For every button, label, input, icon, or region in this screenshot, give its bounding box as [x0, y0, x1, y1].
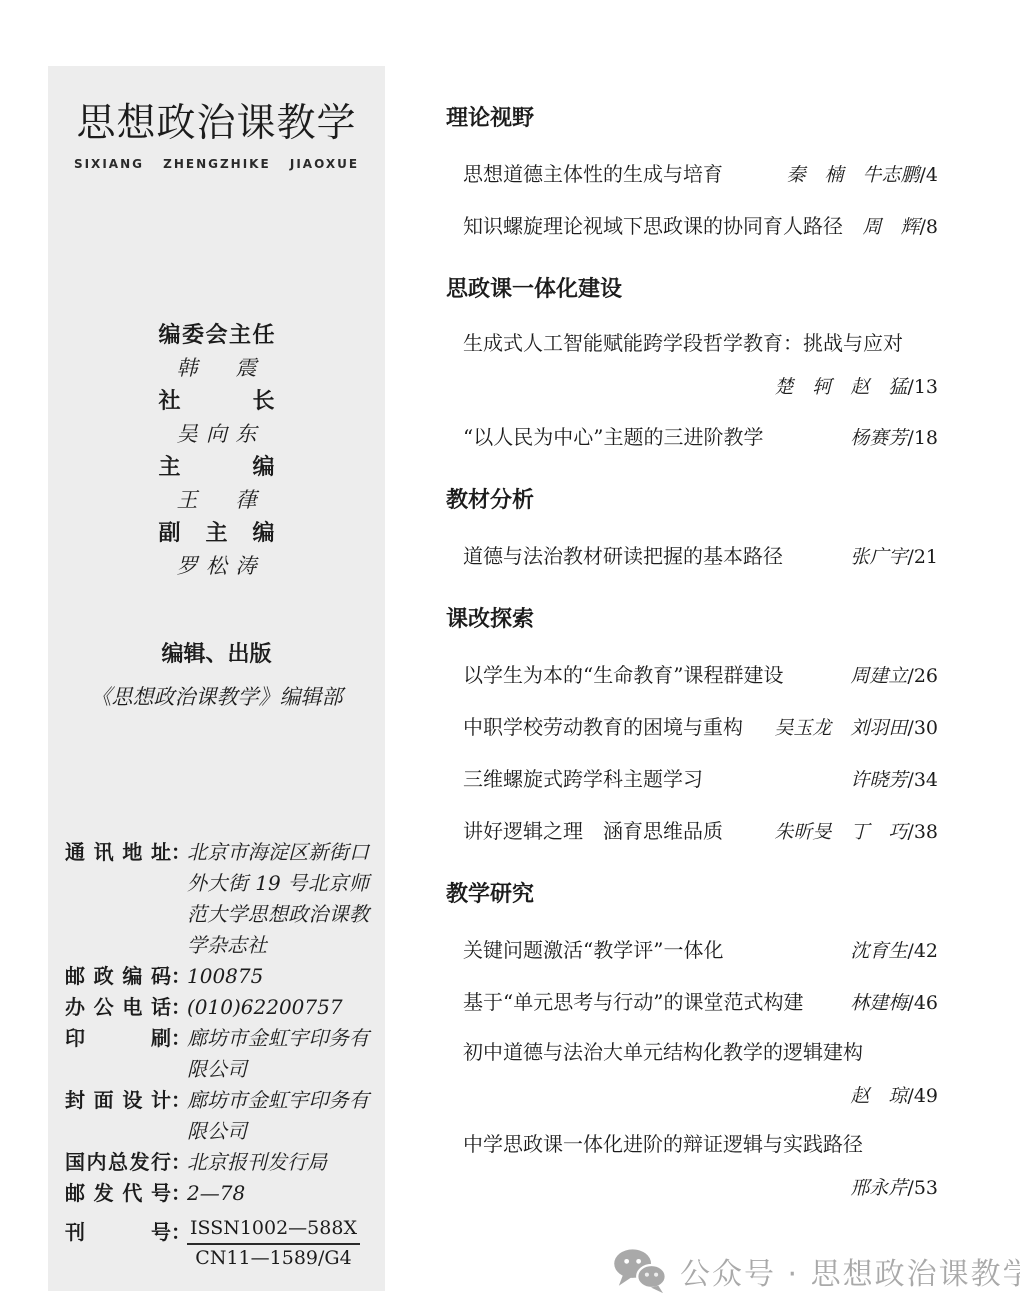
imprint-value: 北京市海淀区新街口外大街 19 号北京师范大学思想政治课教学杂志社 [187, 837, 369, 961]
masthead-role: 副主编 [48, 517, 385, 550]
article-authors: 周建立 [850, 665, 907, 687]
toc-section: 教学研究 关键问题激活“教学评”一体化 沈育生/42 基于“单元思考与行动”的课… [446, 882, 938, 1199]
article-row: 思想道德主体性的生成与培育 秦 楠 牛志鹏/4 [446, 160, 938, 187]
cover-sidebar: 思想政治课教学 SIXIANG ZHENGZHIKE JIAOXUE 编委会主任… [48, 66, 385, 1291]
article-authors: 沈育生 [850, 940, 907, 962]
article-title: 思想道德主体性的生成与培育 [463, 162, 723, 186]
article-meta: 朱昕旻 丁 巧/38 [774, 817, 938, 844]
article-meta: 赵 琼/49 [463, 1086, 938, 1107]
article-page: /26 [907, 665, 938, 687]
publishing-heading: 编辑、出版 [48, 637, 385, 668]
article-title: 关键问题激活“教学评”一体化 [463, 938, 723, 962]
article-title: 生成式人工智能赋能跨学段哲学教育：挑战与应对 [463, 331, 938, 355]
imprint-label: 办公电话 [65, 992, 171, 1023]
article-authors: 邢永芹 [850, 1177, 907, 1199]
masthead-name-label: 韩震 [177, 352, 257, 385]
article-authors: 楚 轲 赵 猛 [774, 376, 907, 398]
masthead-name-label: 王葎 [177, 484, 257, 517]
article-title: 道德与法治教材研读把握的基本路径 [463, 544, 783, 568]
wechat-icon [612, 1248, 668, 1294]
issue-number-row: 刊号：ISSN1002—588XCN11—1589/G4 [65, 1217, 369, 1273]
article-meta: 楚 轲 赵 猛/13 [463, 377, 938, 398]
imprint-row: 通讯地址：北京市海淀区新街口外大街 19 号北京师范大学思想政治课教学杂志社 [65, 837, 369, 961]
masthead-name-label: 罗松涛 [177, 550, 257, 583]
imprint-row: 邮政编码：100875 [65, 961, 369, 992]
masthead-role-label: 编委会主任 [159, 319, 275, 352]
imprint-value: 北京报刊发行局 [187, 1147, 369, 1178]
article-row: 道德与法治教材研读把握的基本路径 张广宇/21 [446, 542, 938, 569]
section-heading: 思政课一体化建设 [446, 277, 938, 303]
imprint-label: 封面设计 [65, 1085, 171, 1116]
article-meta: 吴玉龙 刘羽田/30 [774, 713, 938, 740]
imprint-row: 封面设计：廊坊市金虹宇印务有限公司 [65, 1085, 369, 1147]
masthead: 编委会主任 韩震 社长 吴向东 主编 王葎 副主编 罗松涛 [48, 319, 385, 583]
toc-section: 思政课一体化建设 生成式人工智能赋能跨学段哲学教育：挑战与应对 楚 轲 赵 猛/… [446, 277, 938, 450]
article-row: 中学思政课一体化进阶的辩证逻辑与实践路径 邢永芹/53 [446, 1132, 938, 1199]
article-authors: 周 辉 [862, 216, 919, 238]
article-title: 三维螺旋式跨学科主题学习 [463, 767, 703, 791]
imprint-colon: ： [171, 1023, 187, 1054]
article-row: 生成式人工智能赋能跨学段哲学教育：挑战与应对 楚 轲 赵 猛/13 [446, 331, 938, 398]
imprint-value: 100875 [187, 961, 369, 992]
imprint-colon: ： [171, 1085, 187, 1116]
article-authors: 赵 琼 [850, 1085, 907, 1107]
article-authors: 杨赛芳 [850, 427, 907, 449]
article-authors: 林建梅 [850, 992, 907, 1014]
imprint-value: 2—78 [187, 1178, 369, 1209]
imprint-value: (010)62200757 [187, 992, 369, 1023]
article-title: 中学思政课一体化进阶的辩证逻辑与实践路径 [463, 1132, 938, 1156]
article-title: “以人民为中心”主题的三进阶教学 [463, 425, 763, 449]
article-meta: 秦 楠 牛志鹏/4 [786, 160, 938, 187]
masthead-name-label: 吴向东 [177, 418, 257, 451]
article-page: /8 [920, 216, 939, 238]
article-page: /46 [907, 992, 938, 1014]
article-page: /21 [907, 546, 938, 568]
toc-section: 课改探索 以学生为本的“生命教育”课程群建设 周建立/26 中职学校劳动教育的困… [446, 607, 938, 844]
masthead-name: 罗松涛 [48, 550, 385, 583]
imprint-row: 国内总发行：北京报刊发行局 [65, 1147, 369, 1178]
article-page: /53 [907, 1177, 938, 1199]
article-row: “以人民为中心”主题的三进阶教学 杨赛芳/18 [446, 423, 938, 450]
imprint-colon: ： [171, 992, 187, 1023]
cn-line: CN11—1589/G4 [187, 1245, 360, 1271]
masthead-role: 社长 [48, 385, 385, 418]
masthead-role-label: 主编 [159, 451, 275, 484]
article-page: /30 [907, 717, 938, 739]
imprint-colon: ： [171, 837, 187, 868]
toc-section: 教材分析 道德与法治教材研读把握的基本路径 张广宇/21 [446, 488, 938, 569]
article-row: 讲好逻辑之理 涵育思维品质 朱昕旻 丁 巧/38 [446, 817, 938, 844]
imprint-row: 邮发代号：2—78 [65, 1178, 369, 1209]
section-heading: 教材分析 [446, 488, 938, 514]
issue-number-fraction: ISSN1002—588XCN11—1589/G4 [187, 1217, 360, 1271]
table-of-contents: 理论视野 思想道德主体性的生成与培育 秦 楠 牛志鹏/4 知识螺旋理论视域下思政… [446, 106, 938, 1237]
article-meta: 周 辉/8 [862, 212, 938, 239]
imprint-label: 邮发代号 [65, 1178, 171, 1209]
article-title: 基于“单元思考与行动”的课堂范式构建 [463, 990, 803, 1014]
article-page: /13 [907, 376, 938, 398]
imprint-value: 廊坊市金虹宇印务有限公司 [187, 1085, 369, 1147]
toc-section: 理论视野 思想道德主体性的生成与培育 秦 楠 牛志鹏/4 知识螺旋理论视域下思政… [446, 106, 938, 239]
article-authors: 许晓芳 [850, 769, 907, 791]
masthead-name: 吴向东 [48, 418, 385, 451]
masthead-role-label: 社长 [159, 385, 275, 418]
watermark-text: 公众号 · 思想政治课教学 [680, 1249, 1020, 1293]
article-page: /49 [907, 1085, 938, 1107]
imprint-label: 国内总发行 [65, 1147, 171, 1178]
article-page: /4 [920, 164, 939, 186]
article-page: /18 [907, 427, 938, 449]
article-meta: 杨赛芳/18 [850, 423, 938, 450]
imprint-colon: ： [171, 1147, 187, 1178]
imprint-colon: ： [171, 1217, 187, 1248]
imprint-label: 通讯地址 [65, 837, 171, 868]
article-meta: 林建梅/46 [850, 988, 938, 1015]
article-title: 中职学校劳动教育的困境与重构 [463, 715, 743, 739]
imprint-label: 邮政编码 [65, 961, 171, 992]
article-title: 以学生为本的“生命教育”课程群建设 [463, 663, 783, 687]
article-authors: 朱昕旻 丁 巧 [774, 821, 907, 843]
imprint-block: 通讯地址：北京市海淀区新街口外大街 19 号北京师范大学思想政治课教学杂志社 邮… [48, 837, 385, 1273]
article-row: 关键问题激活“教学评”一体化 沈育生/42 [446, 936, 938, 963]
masthead-role: 主编 [48, 451, 385, 484]
imprint-colon: ： [171, 1178, 187, 1209]
imprint-row: 办公电话：(010)62200757 [65, 992, 369, 1023]
issue-number-value: ISSN1002—588XCN11—1589/G4 [187, 1217, 369, 1273]
masthead-role: 编委会主任 [48, 319, 385, 352]
publishing-block: 编辑、出版 《思想政治课教学》编辑部 [48, 637, 385, 711]
masthead-role-label: 副主编 [159, 517, 275, 550]
masthead-name: 韩震 [48, 352, 385, 385]
article-row: 三维螺旋式跨学科主题学习 许晓芳/34 [446, 765, 938, 792]
article-title: 讲好逻辑之理 涵育思维品质 [463, 819, 723, 843]
issn-line: ISSN1002—588X [187, 1217, 360, 1245]
article-row: 中职学校劳动教育的困境与重构 吴玉龙 刘羽田/30 [446, 713, 938, 740]
article-meta: 沈育生/42 [850, 936, 938, 963]
section-heading: 理论视野 [446, 106, 938, 132]
article-page: /42 [907, 940, 938, 962]
imprint-colon: ： [171, 961, 187, 992]
masthead-name: 王葎 [48, 484, 385, 517]
article-row: 初中道德与法治大单元结构化教学的逻辑建构 赵 琼/49 [446, 1040, 938, 1107]
journal-pinyin: SIXIANG ZHENGZHIKE JIAOXUE [48, 157, 385, 171]
article-title: 知识螺旋理论视域下思政课的协同育人路径 [463, 214, 843, 238]
article-authors: 秦 楠 牛志鹏 [786, 164, 919, 186]
article-authors: 吴玉龙 刘羽田 [774, 717, 907, 739]
article-row: 知识螺旋理论视域下思政课的协同育人路径 周 辉/8 [446, 212, 938, 239]
article-page: /34 [907, 769, 938, 791]
imprint-value: 廊坊市金虹宇印务有限公司 [187, 1023, 369, 1085]
article-authors: 张广宇 [850, 546, 907, 568]
section-heading: 课改探索 [446, 607, 938, 633]
section-heading: 教学研究 [446, 882, 938, 908]
article-meta: 张广宇/21 [850, 542, 938, 569]
article-title: 初中道德与法治大单元结构化教学的逻辑建构 [463, 1040, 938, 1064]
imprint-label: 刊号 [65, 1217, 171, 1248]
imprint-row: 印刷：廊坊市金虹宇印务有限公司 [65, 1023, 369, 1085]
wechat-watermark: 公众号 · 思想政治课教学 [612, 1248, 1020, 1294]
publisher-name: 《思想政治课教学》编辑部 [48, 681, 385, 711]
article-row: 以学生为本的“生命教育”课程群建设 周建立/26 [446, 661, 938, 688]
article-meta: 许晓芳/34 [850, 765, 938, 792]
article-row: 基于“单元思考与行动”的课堂范式构建 林建梅/46 [446, 988, 938, 1015]
article-page: /38 [907, 821, 938, 843]
journal-title: 思想政治课教学 [48, 92, 385, 148]
article-meta: 周建立/26 [850, 661, 938, 688]
imprint-label: 印刷 [65, 1023, 171, 1054]
article-meta: 邢永芹/53 [463, 1178, 938, 1199]
